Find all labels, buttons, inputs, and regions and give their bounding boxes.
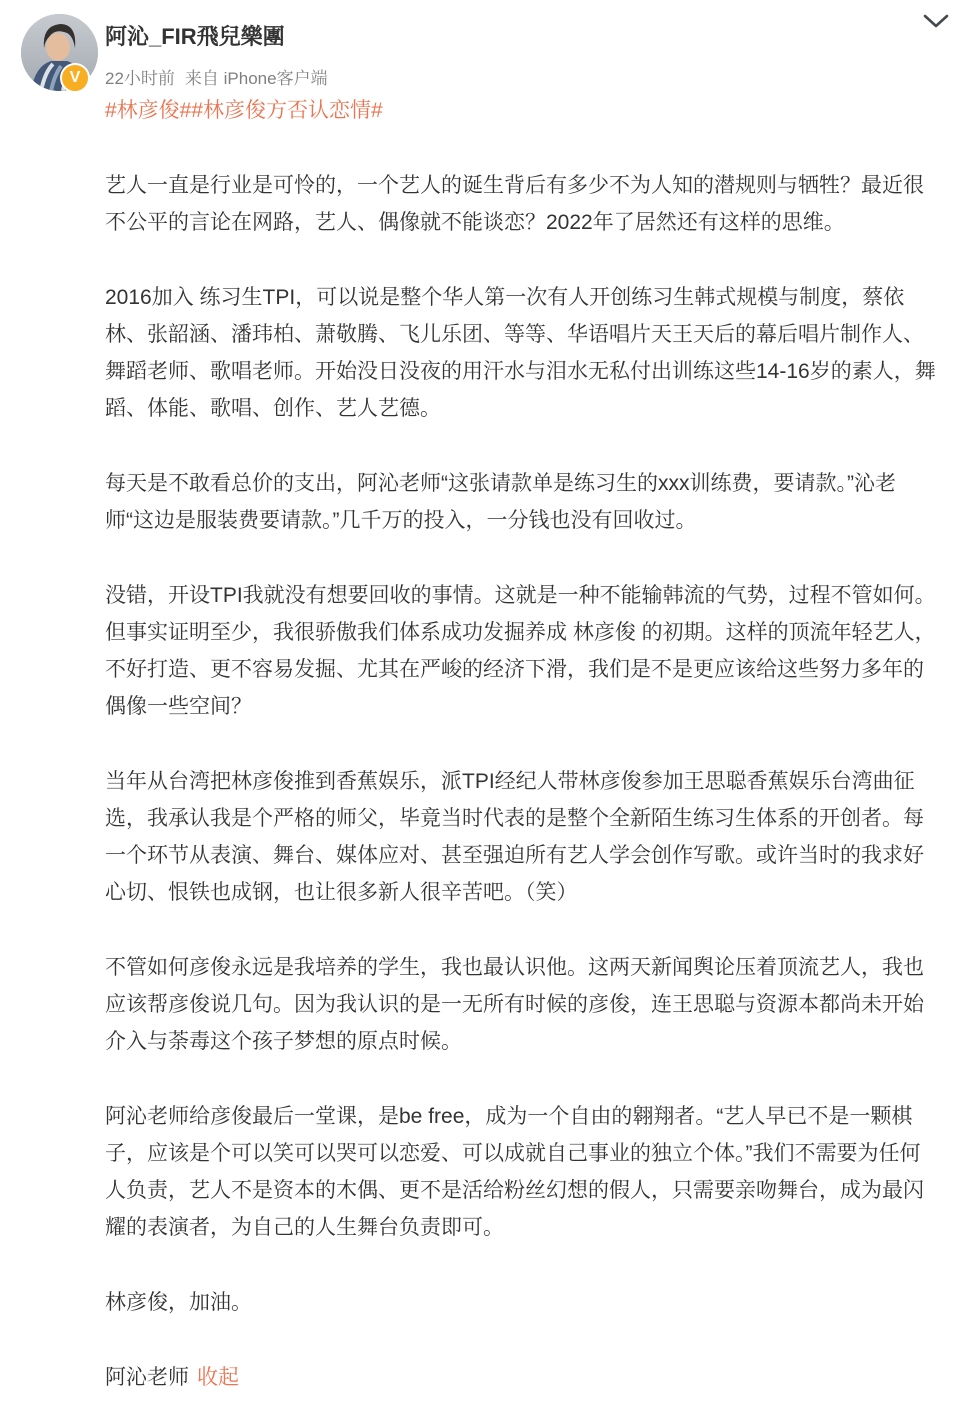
signature-text: 阿沁老师 bbox=[105, 1366, 189, 1389]
post-footer: 阿沁老师收起 bbox=[105, 1359, 938, 1396]
post-paragraph: 每天是不敢看总价的支出，阿沁老师“这张请款单是练习生的xxx训练费，要请款。”沁… bbox=[105, 465, 938, 539]
post-timestamp: 22小时前 bbox=[105, 69, 175, 88]
post-content: #林彦俊##林彦俊方否认恋情# 艺人一直是行业是可怜的，一个艺人的诞生背后有多少… bbox=[105, 92, 938, 1396]
post-paragraphs: 艺人一直是行业是可怜的，一个艺人的诞生背后有多少不为人知的潜规则与牺牲？最近很不… bbox=[105, 167, 938, 1321]
post-source[interactable]: 来自 iPhone客户端 bbox=[185, 69, 328, 88]
post-paragraph: 没错，开设TPI我就没有想要回收的事情。这就是一种不能输韩流的气势，过程不管如何… bbox=[105, 577, 938, 725]
verified-badge-icon: V bbox=[60, 63, 90, 93]
post-paragraph: 当年从台湾把林彦俊推到香蕉娱乐，派TPI经纪人带林彦俊参加王思聪香蕉娱乐台湾曲征… bbox=[105, 763, 938, 911]
post-paragraph: 林彦俊，加油。 bbox=[105, 1284, 938, 1321]
post-paragraph: 阿沁老师给彦俊最后一堂课，是be free，成为一个自由的翱翔者。“艺人早已不是… bbox=[105, 1098, 938, 1246]
post-paragraph: 不管如何彦俊永远是我培养的学生，我也最认识他。这两天新闻舆论压着顶流艺人，我也应… bbox=[105, 949, 938, 1060]
post-paragraph: 艺人一直是行业是可怜的，一个艺人的诞生背后有多少不为人知的潜规则与牺牲？最近很不… bbox=[105, 167, 938, 241]
weibo-post: V 阿沁_FIR飛兒樂團 22小时前来自 iPhone客户端 #林彦俊##林彦俊… bbox=[0, 0, 970, 1404]
post-meta: 22小时前来自 iPhone客户端 bbox=[105, 64, 328, 89]
post-paragraph: 2016加入 练习生TPI，可以说是整个华人第一次有人开创练习生韩式规模与制度，… bbox=[105, 279, 938, 427]
author-name[interactable]: 阿沁_FIR飛兒樂團 bbox=[105, 20, 285, 51]
collapse-link[interactable]: 收起 bbox=[197, 1366, 239, 1389]
hashtag-links[interactable]: #林彦俊##林彦俊方否认恋情# bbox=[105, 92, 938, 129]
chevron-down-icon bbox=[922, 13, 950, 29]
post-menu-button[interactable] bbox=[916, 6, 956, 36]
